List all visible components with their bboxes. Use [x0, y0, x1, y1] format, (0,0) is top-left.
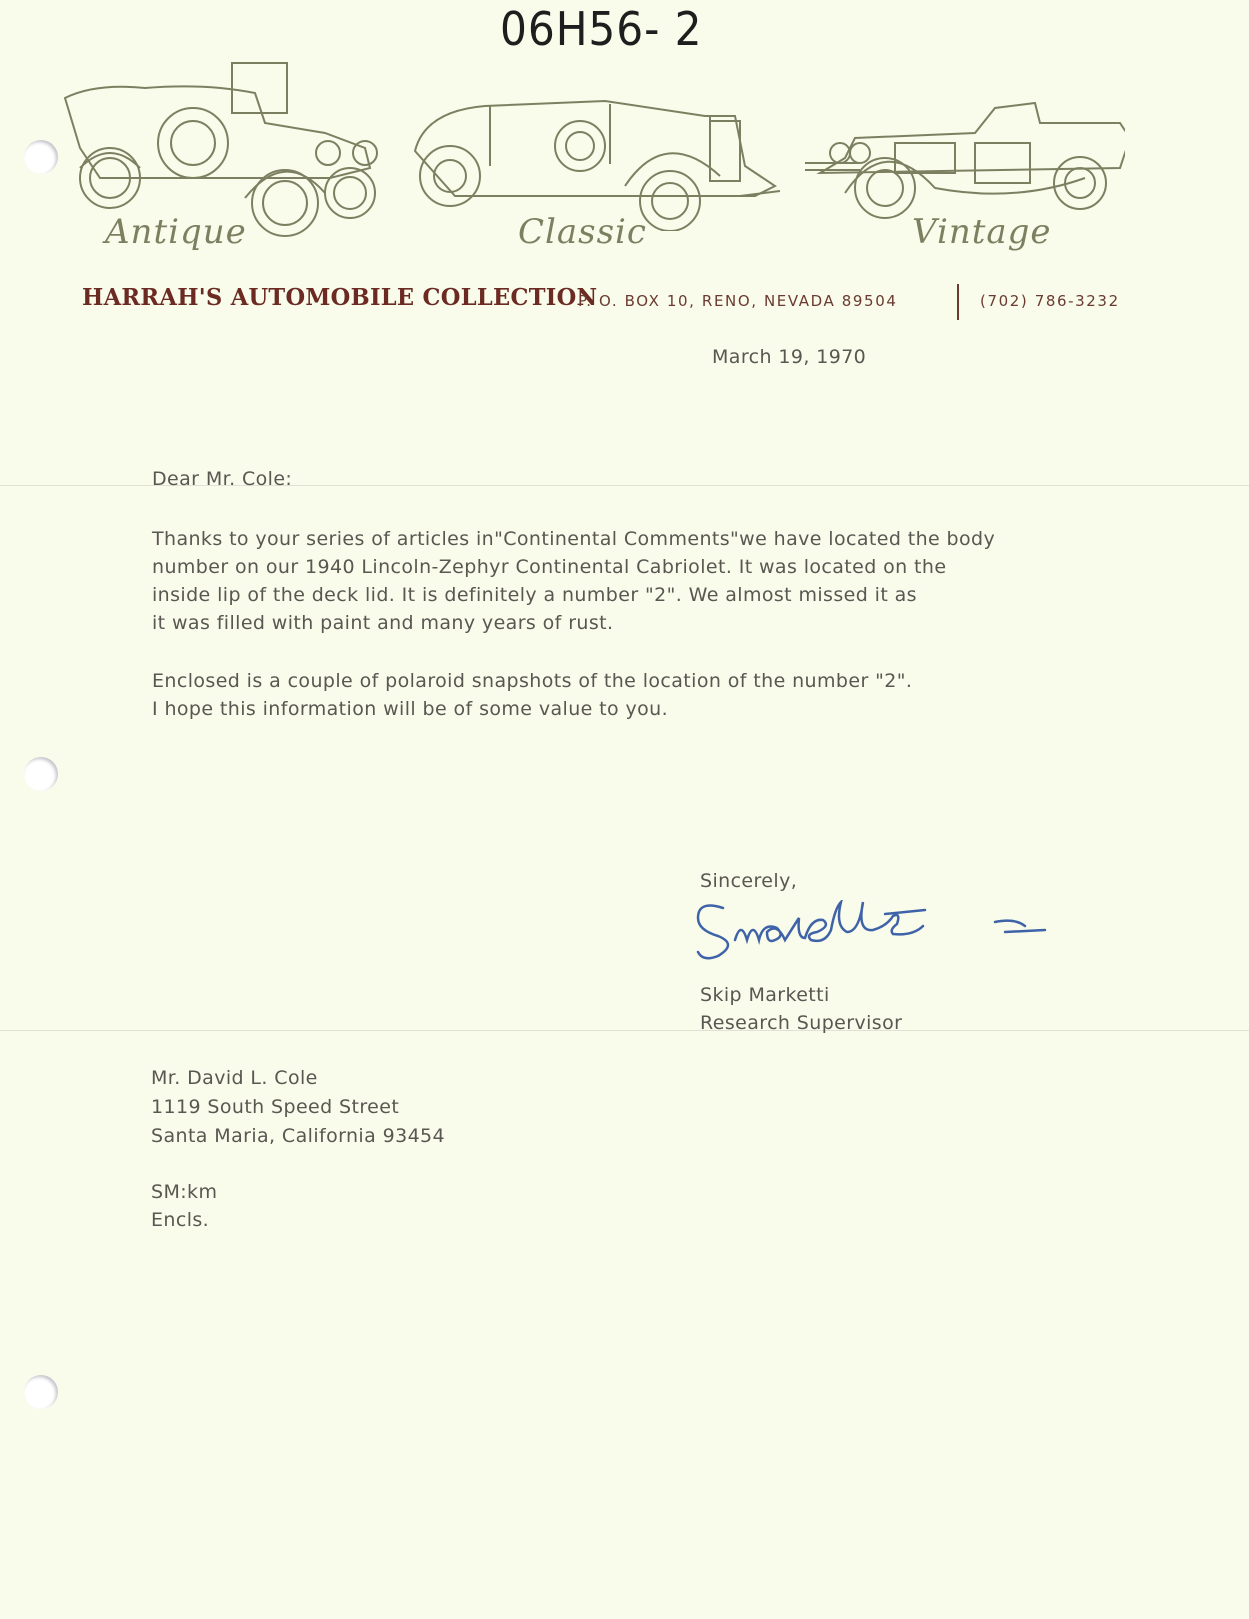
antique-car-illustration [60, 58, 390, 238]
letterhead-divider [957, 284, 959, 320]
letter-date: March 19, 1970 [712, 343, 866, 371]
signer-name: Skip Marketti [700, 981, 830, 1009]
punch-hole-top [24, 140, 58, 174]
car-label-vintage: Vintage [912, 212, 1052, 252]
classic-car-illustration [410, 86, 790, 231]
organization-phone: (702) 786-3232 [980, 292, 1120, 310]
signer-title: Research Supervisor [700, 1009, 902, 1037]
recipient-name: Mr. David L. Cole [151, 1064, 318, 1092]
archive-number: 06H56- 2 [500, 2, 703, 56]
body-paragraph-2: Enclosed is a couple of polaroid snapsho… [152, 667, 1052, 723]
punch-hole-bottom [24, 1375, 58, 1409]
recipient-street: 1119 South Speed Street [151, 1093, 399, 1121]
organization-name: HARRAH'S AUTOMOBILE COLLECTION [82, 284, 597, 311]
organization-address: P. O. BOX 10, RENO, NEVADA 89504 [578, 292, 897, 310]
vintage-car-illustration [805, 98, 1125, 228]
reference-initials: SM:km [151, 1178, 217, 1206]
punch-hole-middle [24, 757, 58, 791]
handwritten-signature [695, 900, 1065, 964]
body-paragraph-1: Thanks to your series of articles in"Con… [152, 525, 1052, 637]
enclosures-note: Encls. [151, 1206, 209, 1234]
closing: Sincerely, [700, 867, 797, 895]
car-label-antique: Antique [105, 212, 247, 252]
car-label-classic: Classic [518, 212, 647, 252]
salutation: Dear Mr. Cole: [152, 465, 292, 493]
fold-line [0, 1030, 1249, 1031]
recipient-city: Santa Maria, California 93454 [151, 1122, 445, 1150]
